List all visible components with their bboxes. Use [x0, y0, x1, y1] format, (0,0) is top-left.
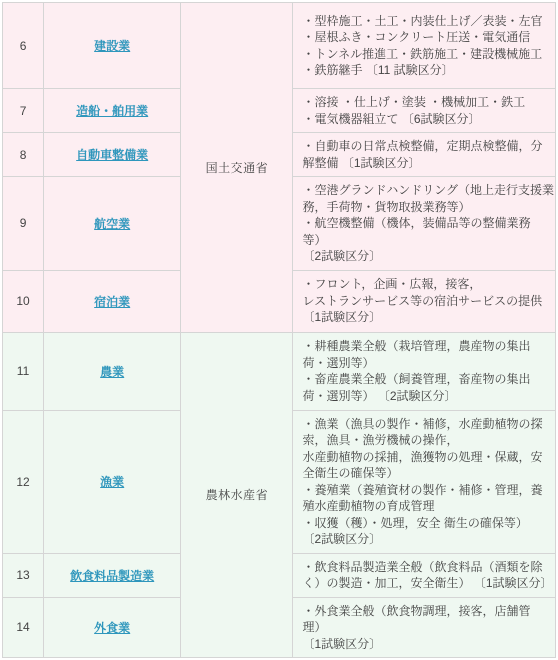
- table-row: 6 建設業 国土交通省 ・型枠施工・土工・内装仕上げ／表装・左官 ・屋根ふき・コ…: [3, 3, 556, 89]
- row-number: 6: [3, 3, 44, 89]
- row-description: ・外食業全般（飲食物調理，接客，店舗管理） 〔1試験区分〕: [293, 597, 556, 658]
- industry-link-jidosha[interactable]: 自動車整備業: [76, 148, 148, 162]
- row-description: ・型枠施工・土工・内装仕上げ／表装・左官 ・屋根ふき・コンクリート圧送・電気通信…: [293, 3, 556, 89]
- industry-cell: 自動車整備業: [44, 133, 181, 177]
- row-description: ・空港グランドハンドリング（地上走行支援業務，手荷物・貨物取扱業務等） ・航空機…: [293, 177, 556, 271]
- row-number: 12: [3, 410, 44, 553]
- industry-link-nogyo[interactable]: 農業: [100, 365, 124, 379]
- row-description: ・飲食料品製造業全般（飲食料品（酒類を除く）の製造・加工，安全衛生） 〔1試験区…: [293, 553, 556, 597]
- row-number: 8: [3, 133, 44, 177]
- industry-link-gyogyo[interactable]: 漁業: [100, 475, 124, 489]
- industry-cell: 外食業: [44, 597, 181, 658]
- row-description: ・溶接 ・仕上げ・塗装 ・機械加工・鉄工 ・電気機器組立て 〔6試験区分〕: [293, 89, 556, 133]
- ministry-cell: 農林水産省: [181, 332, 293, 658]
- industry-cell: 航空業: [44, 177, 181, 271]
- row-description: ・自動車の日常点検整備，定期点検整備，分解整備 〔1試験区分〕: [293, 133, 556, 177]
- row-number: 13: [3, 553, 44, 597]
- industry-cell: 建設業: [44, 3, 181, 89]
- ministry-cell: 国土交通省: [181, 3, 293, 333]
- row-description: ・耕種農業全般（栽培管理，農産物の集出荷・選別等） ・畜産農業全般（飼養管理，畜…: [293, 332, 556, 410]
- industries-table: 6 建設業 国土交通省 ・型枠施工・土工・内装仕上げ／表装・左官 ・屋根ふき・コ…: [2, 2, 556, 658]
- industry-link-inshokuryohin[interactable]: 飲食料品製造業: [70, 569, 154, 583]
- row-number: 7: [3, 89, 44, 133]
- industry-cell: 造船・舶用業: [44, 89, 181, 133]
- industry-link-koku[interactable]: 航空業: [94, 217, 130, 231]
- row-number: 9: [3, 177, 44, 271]
- table-row: 11 農業 農林水産省 ・耕種農業全般（栽培管理，農産物の集出荷・選別等） ・畜…: [3, 332, 556, 410]
- industry-link-kensetsu[interactable]: 建設業: [94, 39, 130, 53]
- row-number: 14: [3, 597, 44, 658]
- industry-cell: 漁業: [44, 410, 181, 553]
- row-number: 11: [3, 332, 44, 410]
- industry-cell: 飲食料品製造業: [44, 553, 181, 597]
- row-description: ・フロント，企画・広報，接客， レストランサービス等の宿泊サービスの提供 〔1試…: [293, 270, 556, 332]
- industry-link-shukuhaku[interactable]: 宿泊業: [94, 295, 130, 309]
- industry-cell: 宿泊業: [44, 270, 181, 332]
- row-number: 10: [3, 270, 44, 332]
- page: 6 建設業 国土交通省 ・型枠施工・土工・内装仕上げ／表装・左官 ・屋根ふき・コ…: [0, 0, 558, 660]
- industry-cell: 農業: [44, 332, 181, 410]
- row-description: ・漁業（漁具の製作・補修，水産動植物の探索，漁具・漁労機械の操作， 水産動植物の…: [293, 410, 556, 553]
- industry-link-zosen[interactable]: 造船・舶用業: [76, 104, 148, 118]
- industry-link-gaishoku[interactable]: 外食業: [94, 621, 130, 635]
